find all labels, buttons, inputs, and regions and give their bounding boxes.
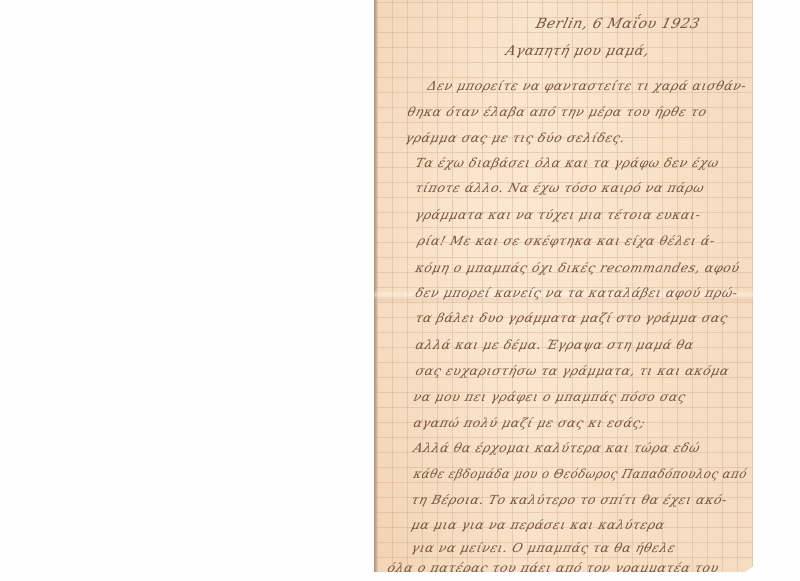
letter-line: τα βάλει δυο γράμματα μαζί στο γράμμα σα… xyxy=(414,310,730,325)
letter-line: Αλλά θα έρχομαι καλύτερα και τώρα εδώ xyxy=(412,440,702,455)
letter-line: γράμμα σας με τις δύο σελίδες. xyxy=(404,130,627,145)
letter-page: Berlin, 6 Μαΐου 1923 Αγαπητή μου μαμά, Δ… xyxy=(374,0,753,572)
letter-line: τη Βέροια. Το καλύτερο το σπίτι θα έχει … xyxy=(410,492,729,507)
letter-line: μα μια για να περάσει και καλύτερα xyxy=(410,517,667,532)
letter-line: κάθε εβδομάδα μου ο Θεόδωρος Παπαδόπουλο… xyxy=(412,466,749,481)
letter-date: Berlin, 6 Μαΐου 1923 xyxy=(534,16,702,32)
letter-line: γράμματα και να τύχει μια τέτοια ευκαι- xyxy=(414,207,703,222)
letter-line: ρία! Με και σε σκέφτηκα και είχα θέλει ά… xyxy=(416,233,717,248)
letter-line: αγαπώ πολύ μαζί με σας κι εσάς; xyxy=(412,415,647,430)
letter-line: Τα έχω διαβάσει όλα και τα γράφω δεν έχω xyxy=(414,155,721,170)
letter-line: σας ευχαριστήσω τα γράμματα, τι και ακόμ… xyxy=(414,363,731,378)
letter-line: να μου πει γράφει ο μπαμπάς πόσο σας xyxy=(412,389,688,404)
letter-line: θηκα όταν έλαβα από την μέρα του ήρθε το xyxy=(406,104,709,119)
letter-line: τίποτε άλλο. Να έχω τόσο καιρό να πάρω xyxy=(414,180,706,195)
letter-line: για να μείνει. Ο μπαμπάς τα θα ήθελε xyxy=(410,540,677,555)
page-left-edge xyxy=(374,0,377,572)
letter-line: δεν μπορεί κανείς να τα καταλάβει αφού π… xyxy=(414,285,740,300)
letter-line: Δεν μπορείτε να φανταστείτε τι χαρά αισθ… xyxy=(426,78,748,93)
letter-salutation: Αγαπητή μου μαμά, xyxy=(504,43,651,59)
letter-line: αλλά και με δέμα. Έγραψα στη μαμά θα xyxy=(414,337,696,352)
letter-line: κόμη ο μπαμπάς όχι δικές recommandes, αφ… xyxy=(414,260,742,275)
